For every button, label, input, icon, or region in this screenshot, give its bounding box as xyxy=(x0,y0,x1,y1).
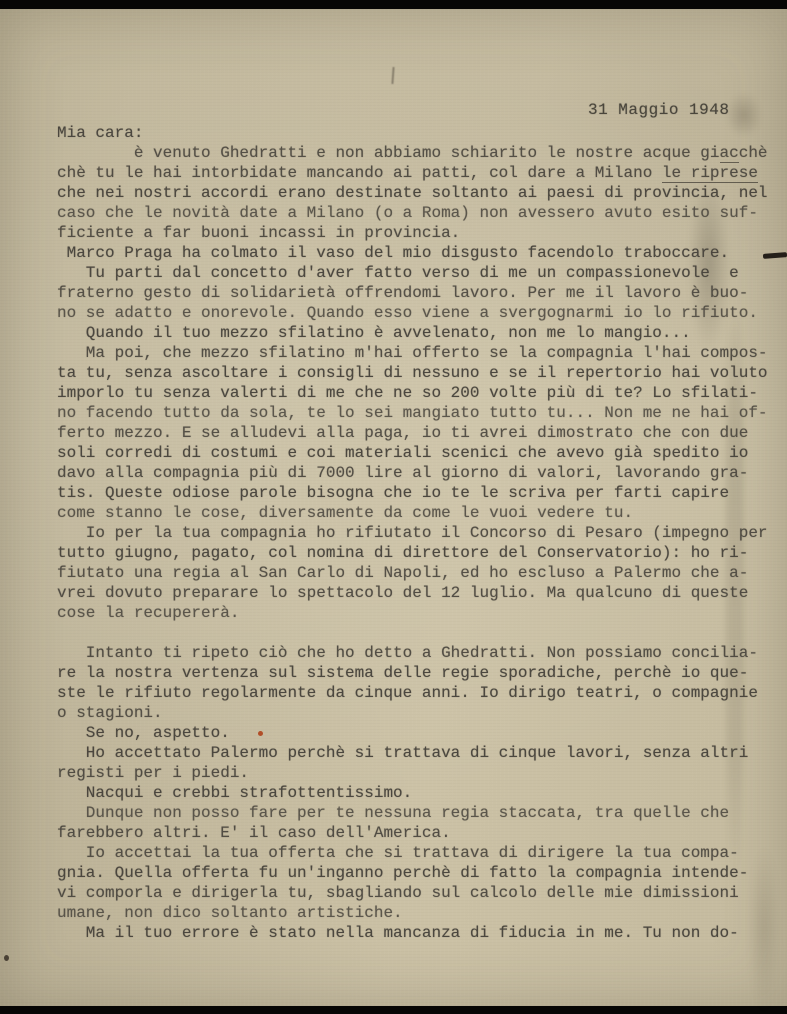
letter-line: Marco Praga ha colmato il vaso del mio d… xyxy=(57,243,779,263)
letter-line: è venuto Ghedratti e non abbiamo schiari… xyxy=(57,143,779,163)
letter-line: soli corredi di costumi e coi materiali … xyxy=(57,443,779,463)
letter-line: tutto giugno, pagato, col nomina di dire… xyxy=(57,543,779,563)
letter-line: Io per la tua compagnia ho rifiutato il … xyxy=(57,523,779,543)
letter-line: gnia. Quella offerta fu un'inganno perch… xyxy=(57,863,779,883)
letter-line: no se adatto e onorevole. Quando esso vi… xyxy=(57,303,779,323)
letter-line: Quando il tuo mezzo sfilatino è avvelena… xyxy=(57,323,779,343)
letter-line: vrei dovuto preparare lo spettacolo del … xyxy=(57,583,779,603)
letter-line: o stagioni. xyxy=(57,703,779,723)
letter-line: Se no, aspetto. xyxy=(57,723,779,743)
letter-line: Ma poi, che mezzo sfilatino m'hai offert… xyxy=(57,343,779,363)
letter-line: farebbero altri. E' il caso dell'America… xyxy=(57,823,779,843)
letter-line: tis. Queste odiose parole bisogna che io… xyxy=(57,483,779,503)
letter-line: chè tu le hai intorbidate mancando ai pa… xyxy=(57,163,779,183)
letter-line: re la nostra vertenza sul sistema delle … xyxy=(57,663,779,683)
underlined-phrase: le riprese xyxy=(662,164,758,183)
letter-date: 31 Maggio 1948 xyxy=(588,101,729,119)
letter-line: fiutato una regia al San Carlo di Napoli… xyxy=(57,563,779,583)
underlined-phrase: ac xyxy=(720,144,739,163)
letter-line: ferto mezzo. E se alludevi alla paga, io… xyxy=(57,423,779,443)
letter-line: registi per i piedi. xyxy=(57,763,779,783)
letter-line: Dunque non posso fare per te nessuna reg… xyxy=(57,803,779,823)
letter-body: Mia cara: è venuto Ghedratti e non abbia… xyxy=(57,123,779,943)
letter-line: Ma il tuo errore è stato nella mancanza … xyxy=(57,923,779,943)
letter-line: umane, non dico soltanto artistiche. xyxy=(57,903,779,923)
letter-line: cose la recupererà. xyxy=(57,603,779,623)
letter-line: fraterno gesto di solidarietà offrendomi… xyxy=(57,283,779,303)
letter-page: 31 Maggio 1948 Mia cara: è venuto Ghedra… xyxy=(0,9,787,1006)
fold-mark xyxy=(391,67,394,84)
letter-line: Mia cara: xyxy=(57,123,779,143)
letter-line: come stanno le cose, diversamente da com… xyxy=(57,503,779,523)
letter-line: caso che le novità date a Milano (o a Ro… xyxy=(57,203,779,223)
letter-line: no facendo tutto da sola, te lo sei mang… xyxy=(57,403,779,423)
letter-line: imporlo tu senza valerti di me che ne so… xyxy=(57,383,779,403)
letter-line: Io accettai la tua offerta che si tratta… xyxy=(57,843,779,863)
letter-line: Intanto ti ripeto ciò che ho detto a Ghe… xyxy=(57,643,779,663)
letter-line: ficiente a far buoni incassi in provinci… xyxy=(57,223,779,243)
letter-line xyxy=(57,623,779,643)
letter-line: Nacqui e crebbi strafottentissimo. xyxy=(57,783,779,803)
letter-line: davo alla compagnia più di 7000 lire al … xyxy=(57,463,779,483)
letter-line: ta tu, senza ascoltare i consigli di nes… xyxy=(57,363,779,383)
letter-line: Tu parti dal concetto d'aver fatto verso… xyxy=(57,263,779,283)
letter-line: ste le rifiuto regolarmente da cinque an… xyxy=(57,683,779,703)
letter-line: Ho accettato Palermo perchè si trattava … xyxy=(57,743,779,763)
letter-line: vi comporla e dirigerla tu, sbagliando s… xyxy=(57,883,779,903)
edge-speck xyxy=(4,955,9,961)
letter-line: che nei nostri accordi erano destinate s… xyxy=(57,183,779,203)
